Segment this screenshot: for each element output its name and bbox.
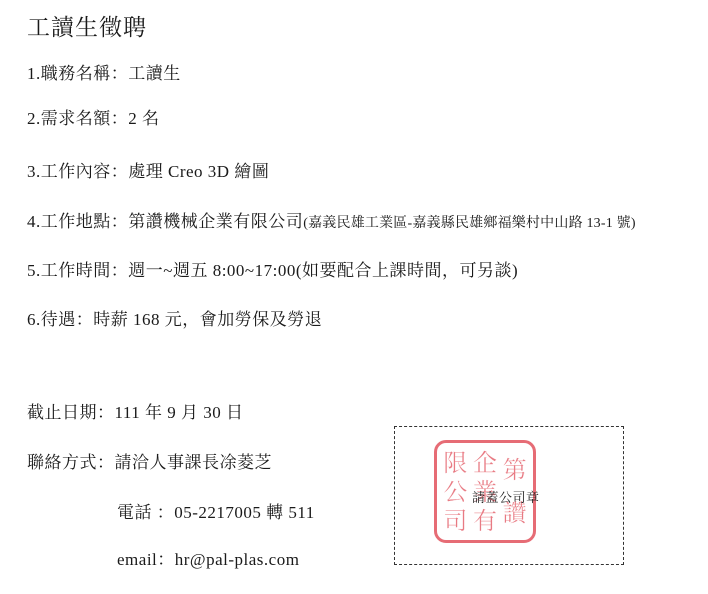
seal-glyph: 公 xyxy=(443,478,467,506)
item-value: 2 名 xyxy=(128,109,159,128)
deadline-label: 截止日期： xyxy=(27,403,115,422)
item-value: 工讀生 xyxy=(128,64,181,83)
email-label: email： xyxy=(117,550,175,569)
item-job-content: 3.工作內容：處理 Creo 3D 繪圖 xyxy=(27,161,269,183)
contact-email: email：hr@pal-plas.com xyxy=(117,549,299,571)
seal-column: 限 公 司 xyxy=(442,448,469,535)
seal-glyph: 限 xyxy=(443,449,467,477)
item-label: 5.工作時間： xyxy=(27,261,128,280)
item-value: 時薪 168 元，會加勞保及勞退 xyxy=(93,310,322,329)
deadline: 截止日期：111 年 9 月 30 日 xyxy=(27,402,244,424)
seal-glyph: 司 xyxy=(443,507,467,535)
item-label: 3.工作內容： xyxy=(27,162,128,181)
phone-label: 電話 ： xyxy=(117,503,174,522)
contact-person: 請洽人事課長凃菱芝 xyxy=(115,453,273,472)
item-pay: 6.待遇：時薪 168 元，會加勞保及勞退 xyxy=(27,309,322,331)
item-value: 第讚機械企業有限公司 xyxy=(128,212,303,231)
seal-glyph: 有 xyxy=(473,507,497,535)
item-work-hours: 5.工作時間：週一~週五 8:00~17:00(如要配合上課時間，可另談) xyxy=(27,260,518,282)
item-value: 週一~週五 8:00~17:00(如要配合上課時間，可另談) xyxy=(128,261,518,280)
item-job-title: 1.職務名稱：工讀生 xyxy=(27,63,181,85)
email-address[interactable]: hr@pal-plas.com xyxy=(175,550,300,569)
deadline-value: 111 年 9 月 30 日 xyxy=(115,403,244,422)
item-address: (嘉義民雄工業區-嘉義縣民雄鄉福樂村中山路 13-1 號) xyxy=(303,216,635,231)
item-label: 2.需求名額： xyxy=(27,109,128,128)
item-label: 4.工作地點： xyxy=(27,212,128,231)
phone-number: 05-2217005 轉 511 xyxy=(174,503,315,522)
item-label: 1.職務名稱： xyxy=(27,64,128,83)
contact-label: 聯絡方式： xyxy=(27,453,115,472)
contact-phone: 電話 ：05-2217005 轉 511 xyxy=(117,502,315,524)
item-value: 處理 Creo 3D 繪圖 xyxy=(128,162,269,181)
seal-glyph: 第 xyxy=(503,456,527,484)
item-headcount: 2.需求名額：2 名 xyxy=(27,108,160,130)
stamp-instruction: 請蓋公司章 xyxy=(472,487,540,506)
contact: 聯絡方式：請洽人事課長凃菱芝 xyxy=(27,452,272,474)
seal-glyph: 企 xyxy=(473,449,497,477)
item-location: 4.工作地點：第讚機械企業有限公司(嘉義民雄工業區-嘉義縣民雄鄉福樂村中山路 1… xyxy=(27,211,636,235)
item-label: 6.待遇： xyxy=(27,310,93,329)
page-title: 工讀生徵聘 xyxy=(27,12,147,44)
